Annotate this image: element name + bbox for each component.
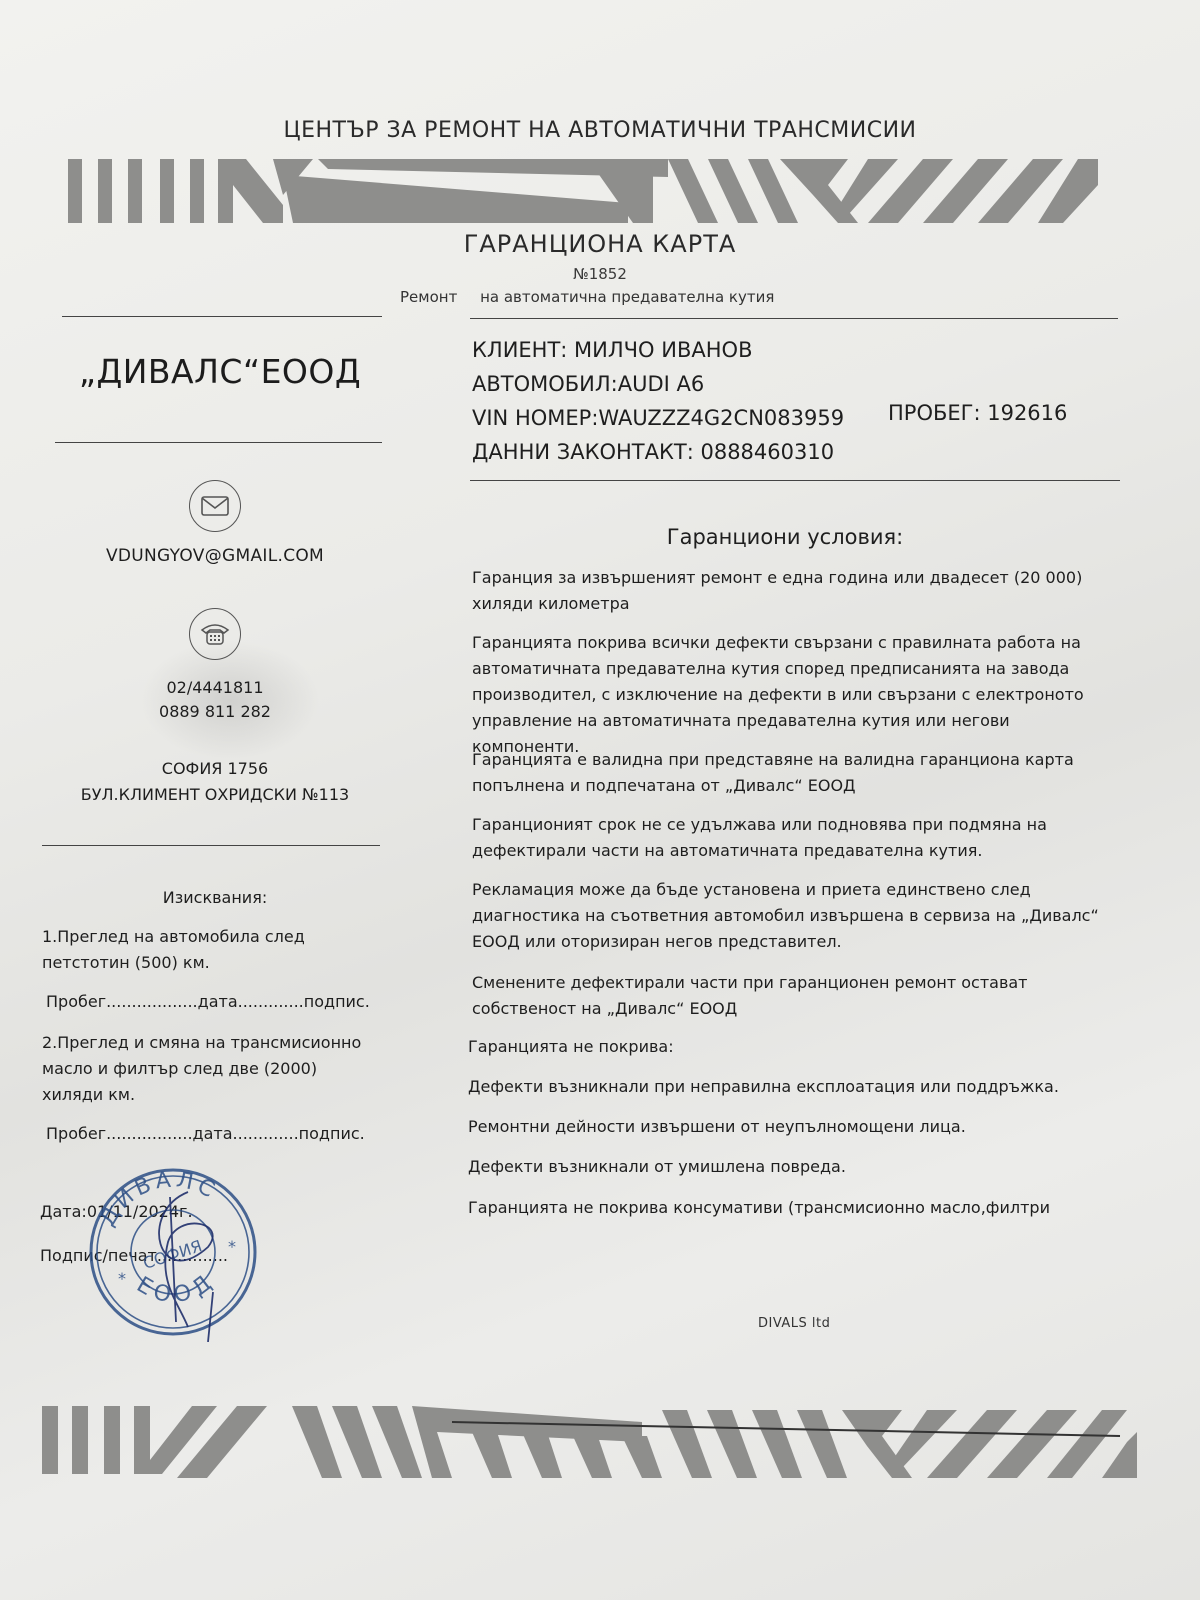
repair-value: на автоматична предавателна кутия: [480, 288, 774, 306]
not-covered-heading: Гаранцията не покрива:: [468, 1037, 674, 1056]
company-address: СОФИЯ 1756 БУЛ.КЛИМЕНТ ОХРИДСКИ №113: [40, 756, 390, 808]
condition-paragraph: Рекламация може да бъде установена и при…: [472, 877, 1122, 955]
company-email: VDUNGYOV@GMAIL.COM: [40, 546, 390, 566]
not-covered-item: Гаранцията не покрива консумативи (транс…: [468, 1198, 1050, 1217]
divider-left-address: [42, 845, 380, 846]
svg-text:*: *: [118, 1269, 126, 1288]
not-covered-item: Дефекти възникнали от умишлена повреда.: [468, 1157, 846, 1176]
not-covered-item: Ремонтни дейности извършени от неупълном…: [468, 1117, 966, 1136]
divider-right-top: [470, 318, 1118, 319]
address-city: СОФИЯ 1756: [40, 756, 390, 782]
footer-brand: DIVALS ltd: [758, 1316, 830, 1331]
top-stripe-band: [68, 155, 1098, 227]
center-title: ЦЕНТЪР ЗА РЕМОНТ НА АВТОМАТИЧНИ ТРАНСМИС…: [0, 118, 1200, 143]
requirement-1-signature-line: Пробег..................дата............…: [46, 992, 370, 1011]
requirement-1: 1.Преглед на автомобила след петстотин (…: [42, 924, 382, 976]
condition-paragraph: Гаранцията е валидна при представяне на …: [472, 747, 1122, 799]
phone-mobile: 0889 811 282: [40, 700, 390, 724]
client-mileage: ПРОБЕГ: 192616: [888, 401, 1067, 425]
client-info: КЛИЕНТ: МИЛЧО ИВАНОВ АВТОМОБИЛ:AUDI A6 V…: [472, 333, 844, 469]
company-phones: 02/4441811 0889 811 282: [40, 676, 390, 724]
address-street: БУЛ.КЛИМЕНТ ОХРИДСКИ №113: [40, 782, 390, 808]
condition-paragraph: Гаранционият срок не се удължава или под…: [472, 812, 1122, 864]
repair-type: Ремонт на автоматична предавателна кутия: [400, 288, 774, 306]
repair-label: Ремонт: [400, 288, 457, 306]
requirements-title: Изисквания:: [40, 888, 390, 907]
card-number: №1852: [0, 265, 1200, 283]
divider-right-client: [470, 480, 1120, 481]
phone-landline: 02/4441811: [40, 676, 390, 700]
divider-left-top: [62, 316, 382, 317]
client-contact: ДАННИ ЗАКОНТАКТ: 0888460310: [472, 435, 844, 469]
client-vin: VIN НОМЕР:WAUZZZ4G2CN083959: [472, 401, 844, 435]
requirement-2-signature-line: Пробег.................дата.............…: [46, 1124, 365, 1143]
client-car: АВТОМОБИЛ:AUDI A6: [472, 367, 844, 401]
requirement-2: 2.Преглед и смяна на трансмисионно масло…: [42, 1030, 382, 1108]
company-name: „ДИВАЛС“ЕООД: [60, 352, 380, 391]
client-name: КЛИЕНТ: МИЛЧО ИВАНОВ: [472, 333, 844, 367]
card-title: ГАРАНЦИОНА КАРТА: [0, 230, 1200, 258]
not-covered-item: Дефекти възникнали при неправилна експло…: [468, 1077, 1059, 1096]
envelope-icon: [189, 480, 241, 532]
condition-paragraph: Гаранцията покрива всички дефекти свърза…: [472, 630, 1122, 760]
condition-paragraph: Сменените дефектирали части при гаранцио…: [472, 970, 1122, 1022]
divider-left-company: [55, 442, 382, 443]
telephone-icon: [189, 608, 241, 660]
bottom-stripe-band: [42, 1402, 1162, 1482]
condition-paragraph: Гаранция за извършеният ремонт е една го…: [472, 565, 1122, 617]
company-stamp: ДИВАЛС ЕООД СОФИЯ * *: [78, 1152, 268, 1346]
conditions-title: Гаранциони условия:: [460, 525, 1110, 549]
svg-text:*: *: [228, 1237, 236, 1256]
